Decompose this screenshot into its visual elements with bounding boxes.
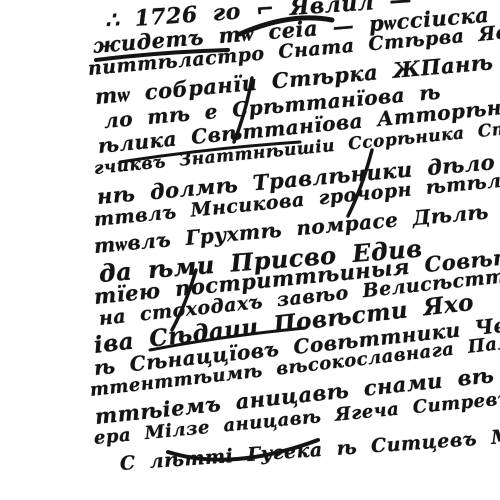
manuscript-page: ∴ 1726 го ⌐ Явлил — жидетъ тѡ сеіа — рѡс…: [0, 0, 500, 500]
